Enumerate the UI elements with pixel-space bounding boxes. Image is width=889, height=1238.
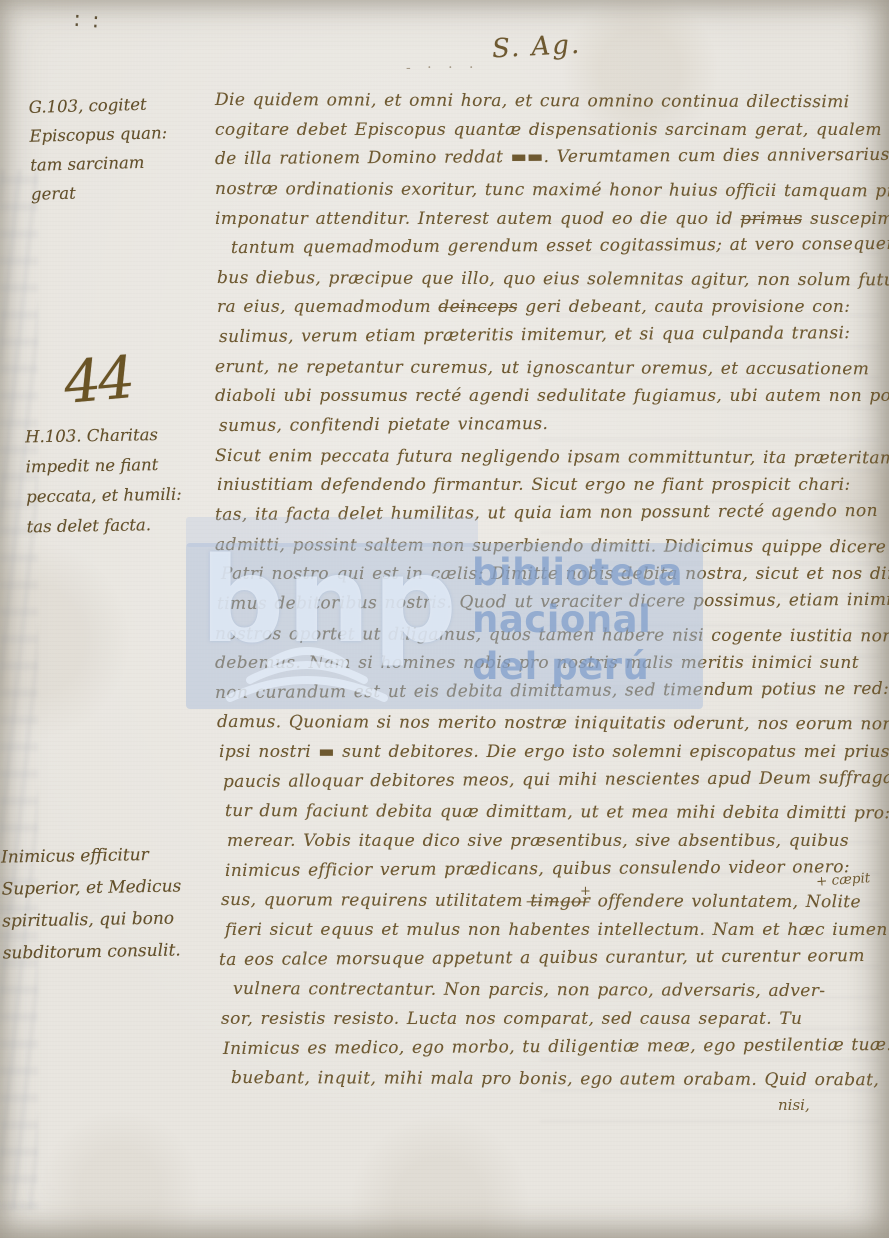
text-line: non curandum est ut eis debita dimittamu…: [215, 679, 883, 713]
margin-note-line: tam sarcinam: [30, 152, 168, 185]
text-line: tas, ita facta delet humilitas, ut quia …: [215, 501, 883, 535]
text-line: nostræ ordinationis exoritur, tunc maxim…: [215, 179, 883, 211]
margin-note-line: tas delet facta.: [27, 515, 183, 548]
catchword: nisi,: [778, 1096, 810, 1114]
text-line: inimicus efficior verum prædicans, quibu…: [225, 857, 883, 891]
margin-note-inimicus: Inimicus efficiturSuperior, et Medicussp…: [1, 844, 183, 975]
page-title: S. Ag.: [491, 30, 582, 65]
folio-number: 44: [61, 343, 134, 417]
margin-note-line: gerat: [31, 181, 169, 214]
text-line: erunt, ne repetantur curemus, ut ignosca…: [215, 357, 883, 389]
margin-note-line: spiritualis, qui bono: [2, 908, 182, 943]
margin-note-line: subditorum consulit.: [3, 940, 183, 975]
manuscript-page: ∶ ∶ ‐ · · · S. Ag. G.103, cogitetEpiscop…: [0, 0, 889, 1238]
text-line: Sicut enim peccata futura negligendo ips…: [215, 446, 883, 478]
insertion-plus-mark: +: [580, 884, 591, 899]
text-line: paucis alloquar debitores meos, qui mihi…: [223, 768, 883, 802]
margin-note-line: Episcopus quan:: [29, 123, 167, 156]
text-line: Die quidem omni, et omni hora, et cura o…: [215, 90, 883, 122]
margin-note-line: H.103. Charitas: [25, 425, 181, 458]
text-line: timus debitoribus nostris. Quod ut verac…: [217, 590, 883, 624]
text-line: damus. Quoniam si nos merito nostræ iniq…: [217, 712, 883, 744]
margin-note-sarcina: G.103, cogitetEpiscopus quan:tam sarcina…: [29, 94, 170, 214]
text-line: vulnera contrectantur. Non parcis, non p…: [233, 979, 883, 1011]
text-line: iniustitiam defendendo firmantur. Sicut …: [217, 475, 883, 505]
margin-note-line: Superior, et Medicus: [1, 876, 181, 911]
header-dots: ‐ · · ·: [406, 60, 479, 76]
verso-showthrough-left: [0, 170, 38, 1210]
margin-note-line: impedit ne fiant: [25, 455, 181, 488]
text-line: merear. Vobis itaque dico sive præsentib…: [227, 831, 883, 861]
text-line: tur dum faciunt debita quæ dimittam, ut …: [225, 801, 883, 833]
text-line: sumus, confitendi pietate vincamus.: [219, 412, 883, 446]
margin-note-line: G.103, cogitet: [29, 94, 167, 127]
text-line: sus, quorum requirens utilitatem t̶i̶m̶g…: [221, 890, 883, 922]
text-line: sulimus, verum etiam præteritis imitemur…: [219, 323, 883, 357]
text-line: ipsi nostri ▬ sunt debitores. Die ergo i…: [219, 742, 883, 772]
text-line: de illa rationem Domino reddat ▬▬. Verum…: [215, 145, 883, 179]
margin-note-charitas: H.103. Charitasimpedit ne fiantpeccata, …: [25, 425, 183, 548]
margin-note-line: peccata, et humili:: [26, 485, 182, 518]
text-line: admitti, possint saltem non superbiendo …: [215, 535, 883, 567]
text-line: nostros oportet ut diligamus, quos tamen…: [215, 624, 883, 656]
text-line: fieri sicut equus et mulus non habentes …: [225, 920, 883, 950]
text-line: Patri nostro qui est in cælis: Dimitte n…: [221, 564, 883, 594]
text-line: sor, resistis resisto. Lucta nos compara…: [221, 1009, 883, 1039]
text-line: bus diebus, præcipue que illo, quo eius …: [217, 268, 883, 300]
text-line: ta eos calce morsuque appetunt a quibus …: [219, 946, 883, 980]
main-text-block: Die quidem omni, et omni hora, et cura o…: [215, 90, 883, 1098]
text-line: debemus. Nam si homines nobis pro nostri…: [215, 653, 883, 683]
text-line: Inimicus es medico, ego morbo, tu dilige…: [223, 1034, 883, 1068]
margin-note-line: Inimicus efficitur: [1, 844, 181, 879]
text-line: tantum quemadmodum gerendum esset cogita…: [231, 234, 883, 268]
ink-blot: ∶ ∶: [73, 9, 102, 36]
